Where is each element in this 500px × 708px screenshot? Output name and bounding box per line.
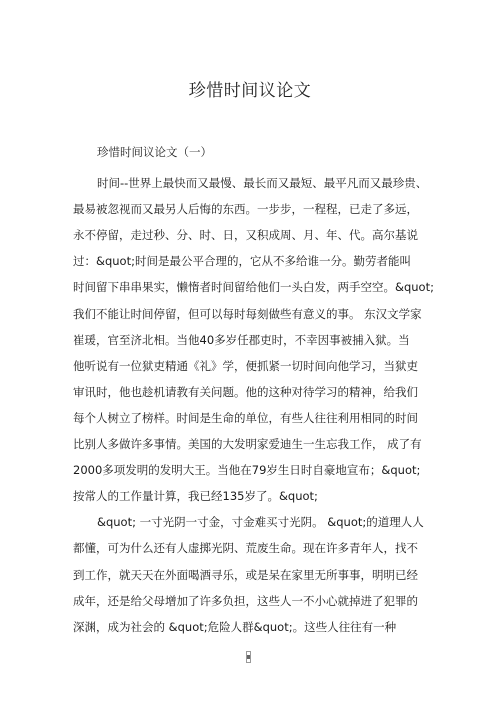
text-line: 过：&quot;时间是最公平合理的，它从不多给谁一分。勤劳者能叫 xyxy=(73,254,411,268)
text-line: 他听说有一位狱吏精通《礼》学，便抓紧一切时间向他学习，当狱吏 xyxy=(73,359,418,373)
text-line: 深渊，成为社会的 &quot;危险人群&quot;。这些人往往有一种 xyxy=(73,620,396,634)
text-line: 崔瑗，官至济北相。当他40多岁任郡吏时，不幸因事被捕入狱。当 xyxy=(73,333,410,347)
text-line: 时间--世界上最快而又最慢、最长而又最短、最平凡而又最珍贵、 xyxy=(97,176,427,190)
text-line: 比别人多做许多事情。美国的大发明家爱迪生一生忘我工作， 成了有 xyxy=(73,437,422,451)
text-line: 2000多项发明的发明大王。当他在79岁生日时自豪地宣布；&quot; xyxy=(73,463,420,477)
page-number-icon xyxy=(246,651,251,663)
text-line: 到工作，就天天在外面喝酒寻乐，或是呆在家里无所事事，明明已经 xyxy=(73,568,418,582)
text-line: 每个人树立了榜样。时间是生命的单位，有些人往往利用相同的时间 xyxy=(73,411,418,425)
text-line: &quot; 一寸光阴一寸金，寸金难买寸光阴。 &quot;的道理人人 xyxy=(97,515,424,529)
document-title: 珍惜时间议论文 xyxy=(0,76,500,101)
document-page: 珍惜时间议论文 珍惜时间议论文（一） 时间--世界上最快而又最慢、最长而又最短、… xyxy=(0,0,500,708)
text-line: 时间留下串串果实，懒惰者时间留给他们一头白发，两手空空。&quot; xyxy=(73,280,434,294)
text-line: 都懂，可为什么还有人虚掷光阴、荒废生命。现在许多青年人，找不 xyxy=(73,541,418,555)
section-subtitle: 珍惜时间议论文（一） xyxy=(97,144,212,160)
text-line: 审讯时，他也趁机请教有关问题。他的这种对待学习的精神，给我们 xyxy=(73,385,418,399)
text-line: 成年，还是给父母增加了许多负担，这些人一不小心就掉进了犯罪的 xyxy=(73,594,418,608)
text-line: 按常人的工作量计算，我已经135岁了。&quot; xyxy=(73,489,318,503)
text-line: 永不停留，走过秒、分、时、日，又积成周、月、年、代。高尔基说 xyxy=(73,228,418,242)
text-line: 我们不能让时间停留，但可以每时每刻做些有意义的事。 东汉文学家 xyxy=(73,307,422,321)
text-line: 最易被忽视而又最另人后悔的东西。一步步，一程程，已走了多远， xyxy=(73,202,418,216)
